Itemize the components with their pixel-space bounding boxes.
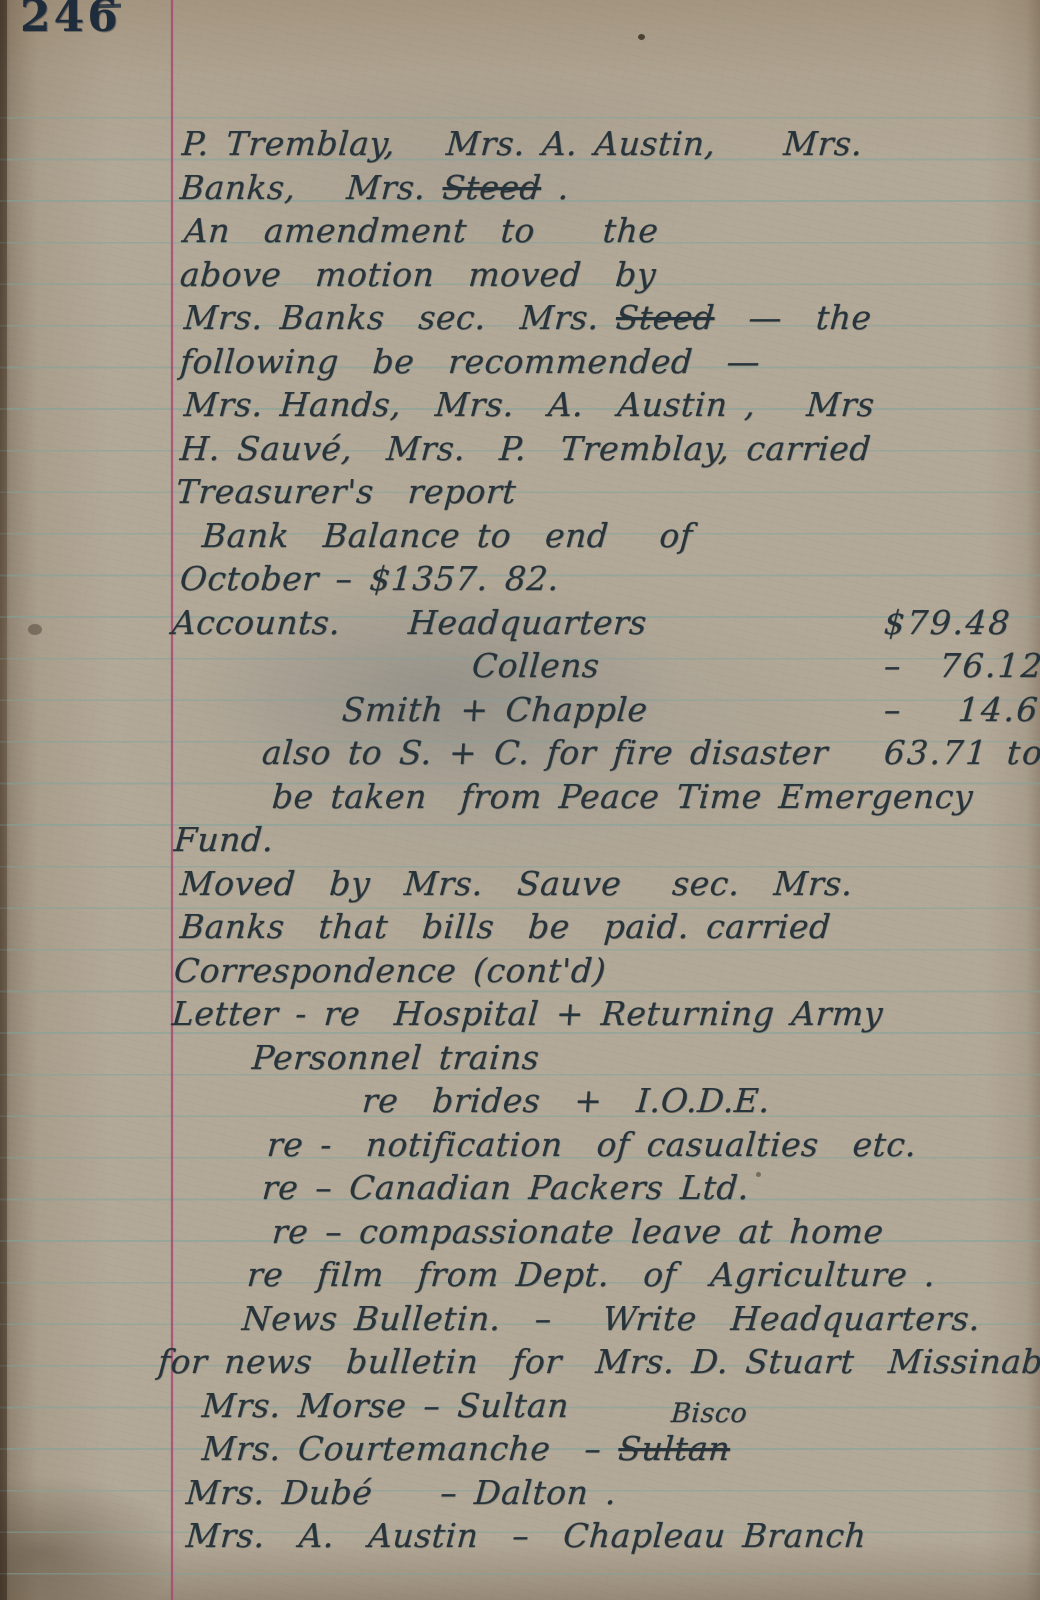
correction-text: Bisco xyxy=(670,1400,748,1427)
handwritten-text: Moved by Mrs. Sauve sec. Mrs. xyxy=(179,864,854,903)
handwritten-line: Fund. xyxy=(170,818,1033,862)
handwritten-text: Bank Balance to end of xyxy=(201,516,694,555)
handwritten-text: Mrs. Dubé – Dalton . xyxy=(185,1473,618,1512)
handwritten-text: re - notification of casualties etc. xyxy=(266,1125,918,1164)
handwritten-line: for news bulletin for Mrs. D. Stuart Mis… xyxy=(156,1340,1033,1384)
ledger-page: 246 P. Tremblay, Mrs. A. Austin, Mrs.Ban… xyxy=(0,0,1040,1600)
handwritten-line: re brides + I.O.D.E. xyxy=(170,1079,1033,1123)
page-number-dash xyxy=(97,4,121,9)
handwritten-line: Mrs. Dubé – Dalton . xyxy=(170,1471,1033,1515)
handwritten-line: Personnel trains xyxy=(170,1036,1033,1080)
handwritten-text: be taken from Peace Time Emergency xyxy=(271,777,975,816)
handwritten-text: re brides + I.O.D.E. xyxy=(361,1081,772,1120)
handwritten-line: An amendment to the xyxy=(170,209,1033,253)
struck-text: Steed xyxy=(615,298,716,337)
binding-edge xyxy=(0,0,7,1600)
handwritten-text: above motion moved by xyxy=(179,255,658,294)
handwritten-text: re – compassionate leave at home xyxy=(271,1212,885,1251)
handwritten-line: Accounts. Headquarters$79.48 xyxy=(170,601,1033,645)
handwritten-text: Mrs. Hands, Mrs. A. Austin , Mrs xyxy=(183,385,876,424)
handwritten-text: Smith + Chapple xyxy=(341,690,649,729)
handwritten-line: Banks that bills be paid. carried xyxy=(170,905,1033,949)
handwritten-line: Letter - re Hospital + Returning Army xyxy=(170,992,1033,1036)
handwritten-text: — the xyxy=(713,298,873,337)
handwritten-line: re – compassionate leave at home xyxy=(170,1210,1033,1254)
handwritten-text: Treasurer's report xyxy=(175,472,518,511)
ink-speck xyxy=(638,34,645,40)
handwritten-line: Treasurer's report xyxy=(170,470,1033,514)
handwritten-text: re film from Dept. of Agriculture . xyxy=(246,1255,937,1294)
handwritten-line: be taken from Peace Time Emergency xyxy=(170,775,1033,819)
amount-value: $79.48 xyxy=(882,601,1013,645)
handwritten-line: News Bulletin. – Write Headquarters. xyxy=(170,1297,1033,1341)
handwritten-text: re – Canadian Packers Ltd. xyxy=(261,1168,751,1207)
handwritten-line: Smith + Chapple– 14.60 xyxy=(170,688,1033,732)
amount-value: – 14.60 xyxy=(882,688,1040,732)
handwritten-text: Mrs. Courtemanche – xyxy=(201,1429,620,1468)
handwritten-line: Collens– 76.12. xyxy=(170,644,1033,688)
handwritten-line: Mrs. A. Austin – Chapleau Branch xyxy=(170,1514,1033,1558)
handwritten-text: Correspondence (cont'd) xyxy=(173,951,608,990)
handwritten-line: Mrs. Hands, Mrs. A. Austin , Mrs xyxy=(170,383,1033,427)
handwritten-text: Letter - re Hospital + Returning Army xyxy=(171,994,885,1033)
handwritten-line: October – $1357. 82. xyxy=(170,557,1033,601)
handwritten-text: P. Tremblay, Mrs. A. Austin, Mrs. xyxy=(181,124,864,163)
handwritten-text: . xyxy=(540,168,571,207)
ink-speck xyxy=(28,624,42,635)
amount-value: 63.71 to xyxy=(882,731,1040,775)
handwritten-text: Fund. xyxy=(173,820,275,859)
handwritten-line: Mrs. Banks sec. Mrs. Steed — the xyxy=(170,296,1033,340)
handwritten-line: Moved by Mrs. Sauve sec. Mrs. xyxy=(170,862,1033,906)
handwritten-text: October – $1357. 82. xyxy=(179,559,561,598)
handwritten-line: P. Tremblay, Mrs. A. Austin, Mrs. xyxy=(170,122,1033,166)
handwritten-text: Collens xyxy=(471,646,601,685)
handwritten-text: An amendment to the xyxy=(183,211,660,250)
handwritten-text: H. Sauvé, Mrs. P. Tremblay, carried xyxy=(179,429,873,468)
handwritten-text: Mrs. A. Austin – Chapleau Branch xyxy=(185,1516,868,1555)
handwritten-text: Mrs. Banks sec. Mrs. xyxy=(183,298,618,337)
handwritten-text: Banks that bills be paid. carried xyxy=(179,907,832,946)
handwriting-area: P. Tremblay, Mrs. A. Austin, Mrs.Banks, … xyxy=(172,122,1032,1558)
handwritten-line: above motion moved by xyxy=(170,253,1033,297)
handwritten-line: Banks, Mrs. Steed . xyxy=(170,166,1033,210)
handwritten-line: Correspondence (cont'd) xyxy=(170,949,1033,993)
handwritten-text: Mrs. Morse – Sultan xyxy=(201,1386,571,1425)
handwritten-text: for news bulletin for Mrs. D. Stuart Mis… xyxy=(157,1342,1040,1381)
amount-value: – 76.12. xyxy=(882,644,1040,688)
handwritten-text: News Bulletin. – Write Headquarters. xyxy=(241,1299,982,1338)
handwritten-line: re - notification of casualties etc. xyxy=(170,1123,1033,1167)
handwritten-line: re film from Dept. of Agriculture . xyxy=(170,1253,1033,1297)
handwritten-text: Accounts. Headquarters xyxy=(171,603,648,642)
handwritten-text: Banks, Mrs. xyxy=(179,168,444,207)
handwritten-text: Personnel trains xyxy=(251,1038,541,1077)
handwritten-line: re – Canadian Packers Ltd. xyxy=(170,1166,1033,1210)
handwritten-line: H. Sauvé, Mrs. P. Tremblay, carried xyxy=(170,427,1033,471)
handwritten-line: Bank Balance to end of xyxy=(170,514,1033,558)
handwritten-line: Mrs. Morse – Sultan xyxy=(170,1384,1033,1428)
handwritten-line: following be recommended — xyxy=(170,340,1033,384)
handwritten-line: also to S. + C. for fire disaster63.71 t… xyxy=(170,731,1033,775)
struck-text: Steed xyxy=(441,168,542,207)
handwritten-line: Mrs. Courtemanche – SultanBisco xyxy=(170,1427,1033,1471)
struck-text: Sultan xyxy=(617,1429,731,1468)
handwritten-text: following be recommended — xyxy=(179,342,762,381)
correction-group: SultanBisco xyxy=(617,1427,732,1471)
handwritten-text: also to S. + C. for fire disaster xyxy=(261,733,830,772)
